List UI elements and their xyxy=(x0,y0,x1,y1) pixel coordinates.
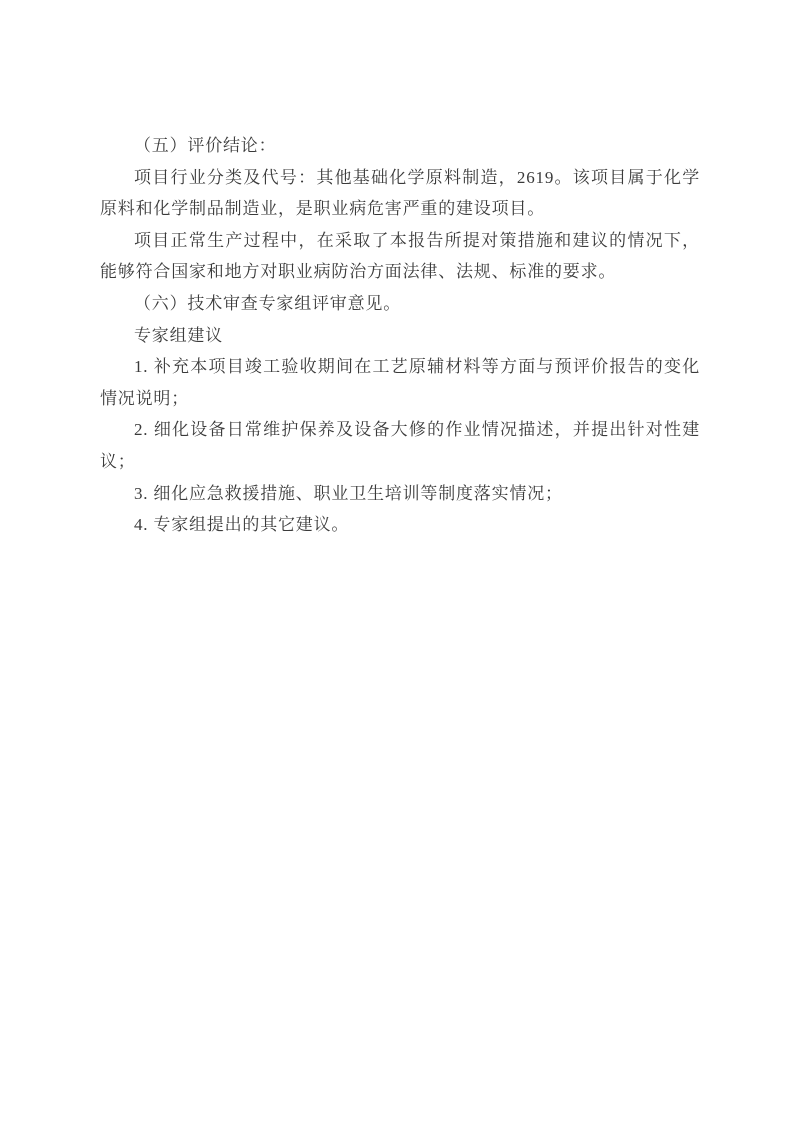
section-heading-5: （五）评价结论： xyxy=(100,130,700,162)
paragraph-compliance-conclusion: 项目正常生产过程中，在采取了本报告所提对策措施和建议的情况下，能够符合国家和地方… xyxy=(100,225,700,288)
document-body: （五）评价结论： 项目行业分类及代号：其他基础化学原料制造，2619。该项目属于… xyxy=(100,130,700,541)
paragraph-expert-group-suggestions-title: 专家组建议 xyxy=(100,320,700,352)
list-item-4: 4. 专家组提出的其它建议。 xyxy=(100,509,700,541)
list-item-1: 1. 补充本项目竣工验收期间在工艺原辅材料等方面与预评价报告的变化情况说明； xyxy=(100,351,700,414)
list-item-3: 3. 细化应急救援措施、职业卫生培训等制度落实情况； xyxy=(100,478,700,510)
document-page: （五）评价结论： 项目行业分类及代号：其他基础化学原料制造，2619。该项目属于… xyxy=(0,0,800,1131)
section-heading-6: （六）技术审查专家组评审意见。 xyxy=(100,288,700,320)
paragraph-industry-classification: 项目行业分类及代号：其他基础化学原料制造，2619。该项目属于化学原料和化学制品… xyxy=(100,162,700,225)
list-item-2: 2. 细化设备日常维护保养及设备大修的作业情况描述，并提出针对性建议； xyxy=(100,414,700,477)
